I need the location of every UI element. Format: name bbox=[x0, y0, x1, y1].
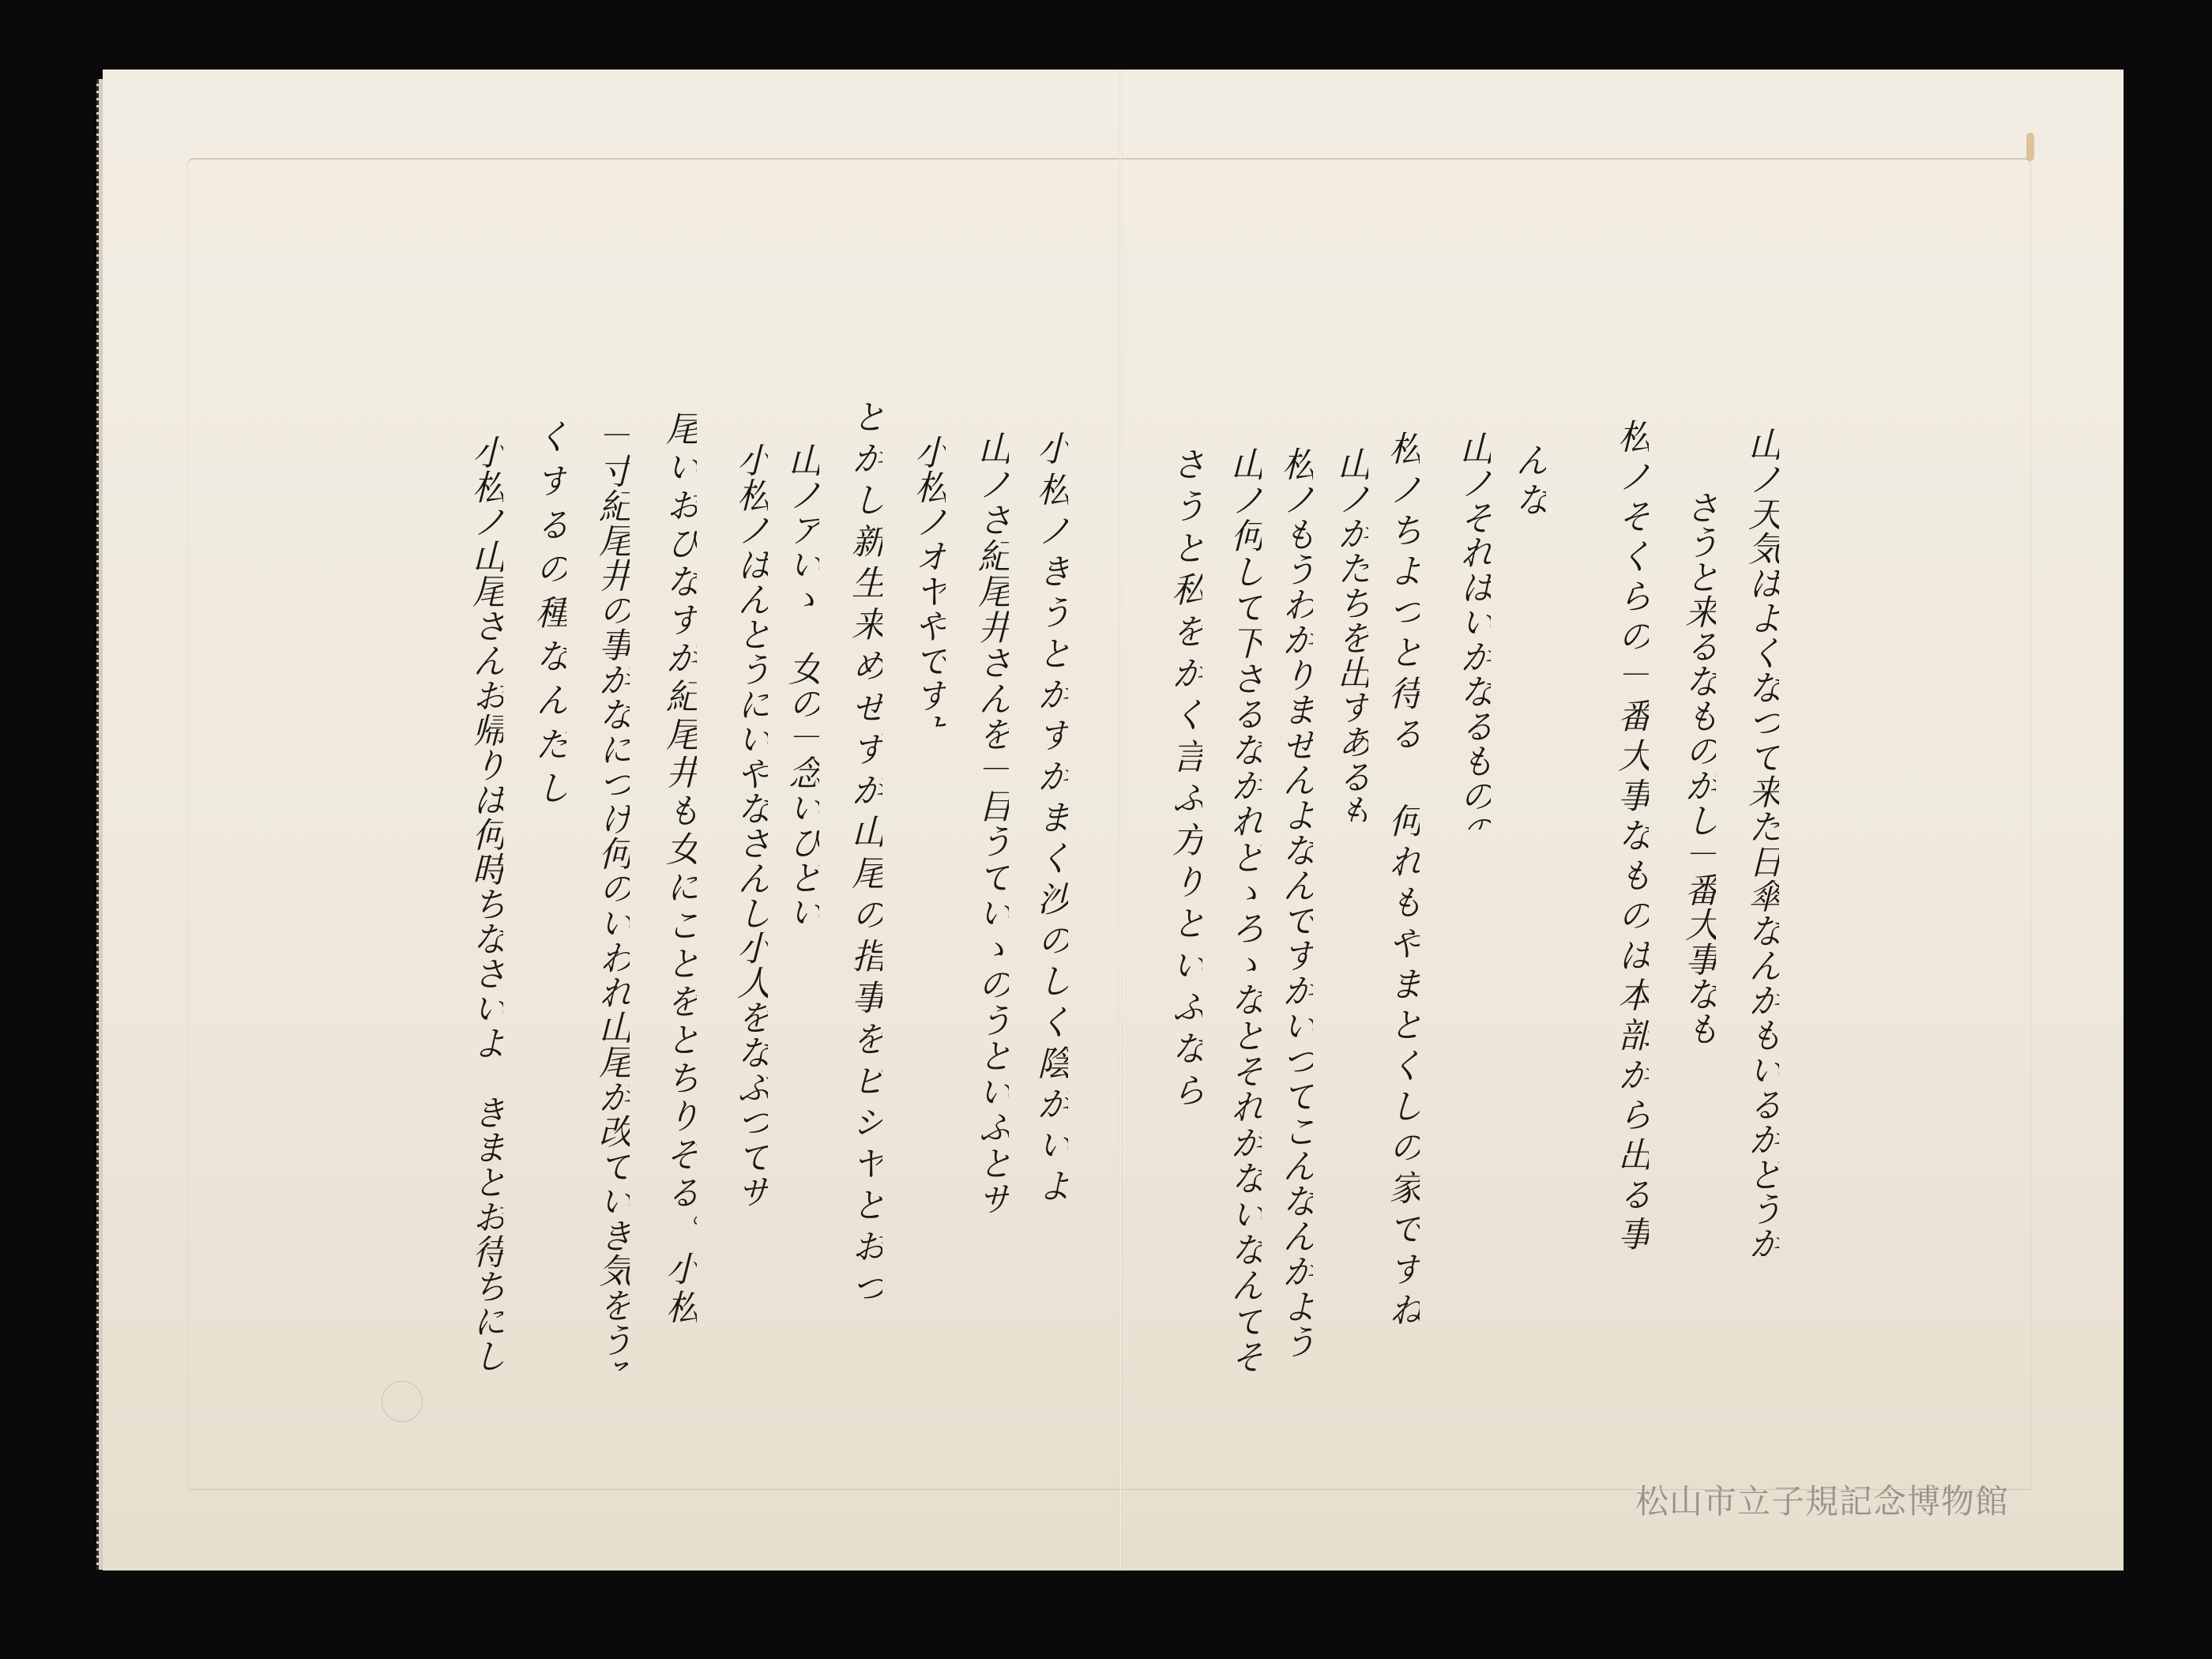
text-column: 山ノアいゝ、女の一念いひどいものが bbox=[784, 442, 819, 932]
text-column: とかし新生来めせずが山尾の指事をピシヤとおつ bbox=[848, 399, 882, 1311]
text-column: 小松ノオヤやですよ bbox=[911, 434, 946, 727]
text-column: 小松ノきうとかすかまく沙のしく陰がいよ bbox=[1033, 431, 1068, 1209]
text-column: 松ノそくらの一番大事なものは本部から出る事 bbox=[1614, 419, 1649, 1256]
text-column: 小松ノ山尾さんお帰りは何時ちなさいよ、きまとお待ちにして bbox=[468, 434, 503, 1379]
text-column: 松ノもうわかりませんよなんですかいつてこんなんかよう bbox=[1278, 446, 1313, 1359]
text-column: 山ノさ紀尾井さんを一目うていゝのうといふとサ bbox=[974, 431, 1009, 1217]
text-column: 小松ノはんとうにいやなさんし小人をなぶつてサ bbox=[733, 442, 768, 1209]
text-column: さうと私をかく言ふ方りといふなら bbox=[1168, 446, 1202, 1114]
text-column: 松ノちよつと待る 何れもやまとくしの家ですね bbox=[1385, 431, 1420, 1327]
text-column: くするの種なんだし bbox=[532, 419, 566, 814]
text-column: 山ノそれはいかなるものの bbox=[1456, 431, 1491, 829]
text-column: さうと来るなものがし一番大事なものが bbox=[1681, 490, 1716, 1043]
text-column: 尾いおひなすが紀尾井も女にことをとちりぞる。小松 bbox=[662, 411, 697, 1327]
center-fold bbox=[1119, 70, 1122, 1571]
text-column: 山ノかたちを出すあるものの bbox=[1334, 446, 1368, 822]
text-column: 一寸紀尾井の事がなにつけ何のいわれ山尾が改ていき気をうる bbox=[595, 419, 630, 1371]
museum-watermark: 松山市立子規記念博物館 bbox=[1635, 1476, 2009, 1523]
paper-stain bbox=[2026, 133, 2034, 161]
text-column: んな bbox=[1511, 442, 1546, 521]
text-column: 山ノ天気はよくなつて来た日傘なんかもいるかどうかじやない、 bbox=[1744, 427, 1779, 1256]
faint-seal-stamp bbox=[382, 1381, 423, 1422]
text-column: 山ノ何して下さるなかれどゝろゝなとそれがないなんてそ bbox=[1227, 446, 1262, 1375]
